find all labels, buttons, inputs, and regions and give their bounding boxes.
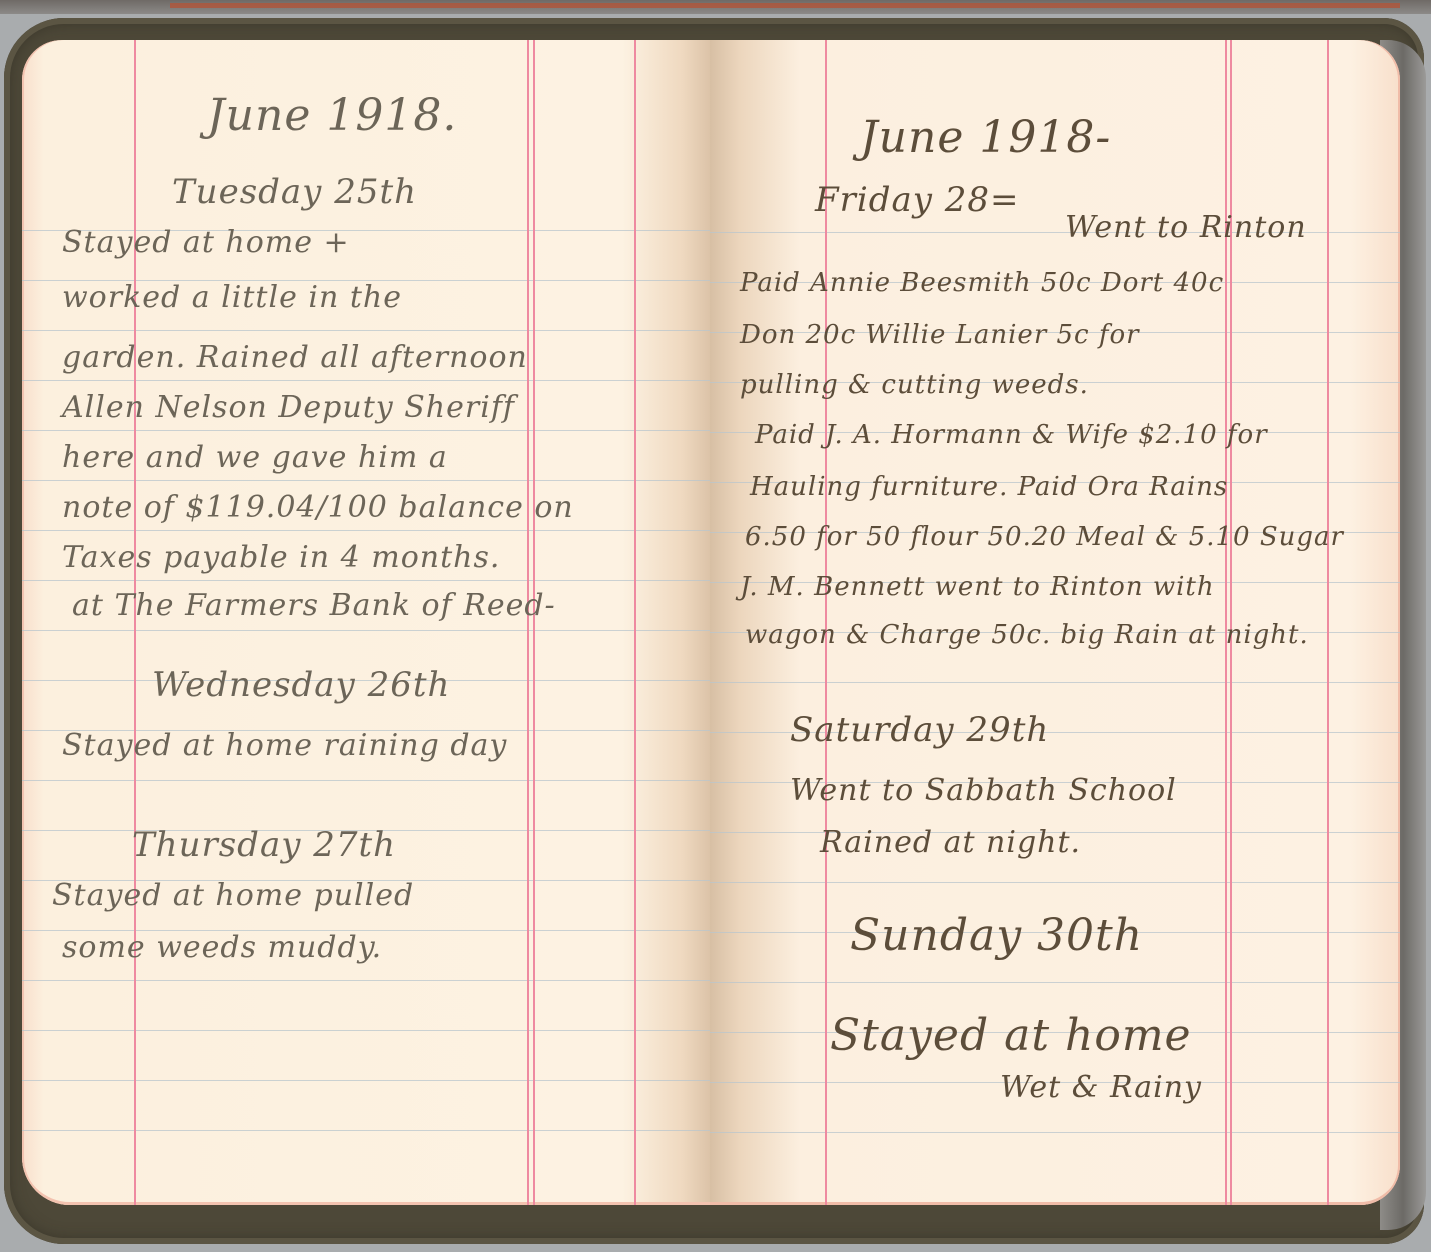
entry-line: at The Farmers Bank of Reed- (72, 588, 556, 623)
ruled-line (22, 380, 710, 381)
ruled-line (22, 1130, 710, 1131)
ruled-line (22, 580, 710, 581)
ruled-line (710, 882, 1400, 883)
entry-line: Stayed at home + (62, 225, 350, 260)
entry-line: Don 20c Willie Lanier 5c for (740, 320, 1140, 350)
entry-line: some weeds muddy. (62, 930, 382, 965)
entry-day: Wednesday 26th (152, 665, 450, 705)
page-header: June 1918- (860, 112, 1111, 163)
entry-line: Rained at night. (820, 825, 1081, 860)
ruled-line (22, 1080, 710, 1081)
entry-line: Paid Annie Beesmith 50c Dort 40c (740, 268, 1224, 298)
ruled-line (22, 980, 710, 981)
entry-line: wagon & Charge 50c. big Rain at night. (745, 620, 1309, 650)
ruled-line (22, 480, 710, 481)
ruled-line (22, 780, 710, 781)
ruled-line (22, 330, 710, 331)
ruled-line (710, 682, 1400, 683)
entry-line: here and we gave him a (62, 440, 448, 475)
entry-line: note of $119.04/100 balance on (62, 490, 574, 525)
ruled-line (22, 1030, 710, 1031)
entry-line: Went to Rinton (1065, 210, 1307, 245)
entry-line: Stayed at home (830, 1010, 1192, 1061)
margin-rule (634, 40, 636, 1205)
entry-line: J. M. Bennett went to Rinton with (740, 572, 1215, 602)
entry-line: Stayed at home pulled (52, 878, 414, 913)
ruled-line (710, 1132, 1400, 1133)
book-edge (170, 3, 1400, 8)
left-page: June 1918. Tuesday 25th Stayed at home +… (22, 40, 710, 1205)
margin-rule (1327, 40, 1329, 1205)
entry-line: Wet & Rainy (1000, 1070, 1202, 1105)
ruled-line (22, 630, 710, 631)
entry-day: Saturday 29th (790, 710, 1049, 750)
ruled-line (22, 530, 710, 531)
entry-line: pulling & cutting weeds. (740, 370, 1089, 400)
entry-line: garden. Rained all afternoon (62, 340, 528, 375)
page-header: June 1918. (207, 90, 457, 141)
entry-day: Friday 28= (815, 180, 1020, 220)
entry-line: Hauling furniture. Paid Ora Rains (750, 472, 1228, 502)
ruled-line (710, 982, 1400, 983)
scanner-top-edge (0, 0, 1431, 14)
entry-day: Sunday 30th (850, 910, 1143, 961)
entry-line: worked a little in the (62, 280, 402, 315)
entry-line: Allen Nelson Deputy Sheriff (62, 390, 515, 425)
entry-day: Thursday 27th (132, 825, 396, 865)
entry-line: Paid J. A. Hormann & Wife $2.10 for (755, 420, 1268, 450)
entry-line: Stayed at home raining day (62, 728, 507, 763)
entry-line: Went to Sabbath School (790, 773, 1177, 808)
entry-day: Tuesday 25th (172, 172, 417, 212)
entry-line: 6.50 for 50 flour 50.20 Meal & 5.10 Suga… (745, 522, 1344, 552)
right-page: June 1918- Friday 28= Went to Rinton Pai… (710, 40, 1400, 1205)
entry-line: Taxes payable in 4 months. (62, 540, 500, 575)
ruled-line (22, 430, 710, 431)
